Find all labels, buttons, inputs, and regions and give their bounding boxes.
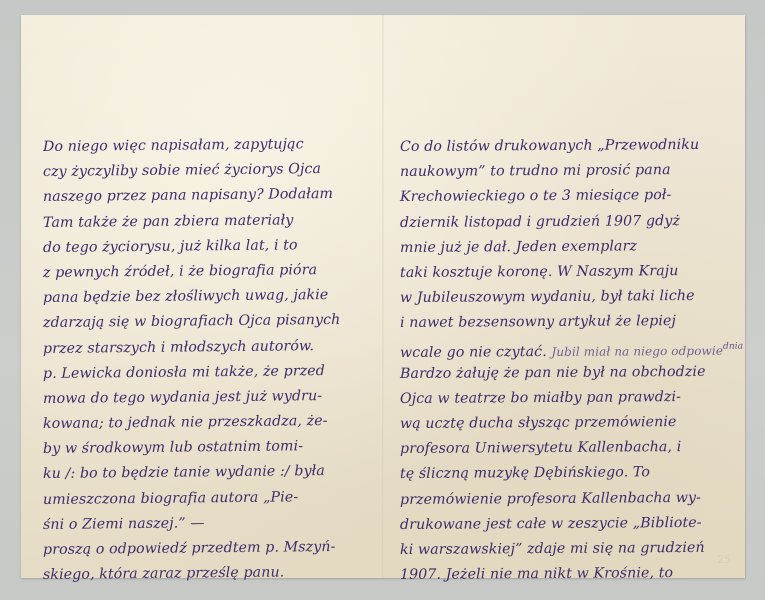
insert-superscript: dnia: [723, 341, 743, 351]
handwritten-line: Tam także że pan zbiera materiały: [43, 207, 379, 236]
handwritten-text: wcale go nie czytać.: [400, 343, 547, 360]
handwritten-line: drukowane jest całe w zeszycie „Bibliote…: [400, 510, 742, 538]
handwritten-line: przez starszych i młodszych autorów.: [43, 333, 379, 362]
handwritten-line: Co do listów drukowanych „Przewodniku: [400, 133, 742, 161]
handwritten-line: wą ucztę ducha słysząc przemówienie: [400, 410, 742, 438]
right-page-text: Co do listów drukowanych „Przewodniku na…: [400, 135, 742, 588]
handwritten-line: Krechowieckiego o te 3 miesiące poł-: [400, 183, 742, 211]
handwritten-line: w Jubileuszowym wydaniu, był taki liche: [400, 284, 742, 312]
handwritten-line: tę śliczną muzykę Dębińskiego. To: [400, 460, 742, 488]
handwritten-line: Do niego więc napisałam, zapytując: [43, 131, 379, 160]
handwritten-line: śni o Ziemi naszej.” —: [43, 509, 379, 538]
handwritten-line: naszego przez pana napisany? Dodałam: [43, 182, 379, 211]
handwritten-line: zdarzają się w biografiach Ojca pisanych: [43, 308, 379, 337]
handwritten-line: Bardzo żałuję że pan nie był na obchodzi…: [400, 359, 742, 387]
handwritten-line: proszą o odpowiedź przedtem p. Mszyń-: [43, 534, 379, 563]
letter-sheet: Do niego więc napisałam, zapytując czy ż…: [21, 15, 745, 578]
handwritten-line: kowana; to jednak nie przeszkadza, że-: [43, 409, 379, 438]
handwritten-line: Ojca w teatrze bo miałby pan prawdzi-: [400, 384, 742, 412]
handwritten-line: do tego życiorysu, już kilka lat, i to: [43, 232, 379, 261]
handwritten-line: z pewnych źródeł, i że biografia pióra: [43, 257, 379, 286]
interlinear-insert: Jubil miał na niego odpowie: [551, 343, 723, 358]
handwritten-line: skiego, która zaraz prześlę panu.: [43, 560, 379, 589]
handwritten-line-with-insert: wcale go nie czytać. Jubil miał na niego…: [400, 334, 742, 362]
handwritten-line: mnie już je dał. Jeden exemplarz: [400, 233, 742, 261]
left-page-text: Do niego więc napisałam, zapytując czy ż…: [43, 135, 379, 588]
handwritten-line: ku /: bo to będzie tanie wydanie :/ była: [43, 459, 379, 488]
handwritten-line: taki kosztuje koronę. W Naszym Kraju: [400, 259, 742, 287]
handwritten-line: i nawet bezsensowny artykuł że lepiej: [400, 309, 742, 337]
handwritten-line: mowa do tego wydania jest już wydru-: [43, 383, 379, 412]
handwritten-line: ki warszawskiej” zdaje mi się na grudzie…: [400, 536, 742, 564]
right-page: Co do listów drukowanych „Przewodniku na…: [384, 15, 745, 578]
folio-number: 25: [717, 553, 731, 566]
handwritten-line: naukowym” to trudno mi prosić pana: [400, 158, 742, 186]
handwritten-line: profesora Uniwersytetu Kallenbacha, i: [400, 435, 742, 463]
handwritten-line: p. Lewicka doniosła mi także, że przed: [43, 358, 379, 387]
handwritten-line: umieszczona biografia autora „Pie-: [43, 484, 379, 513]
handwritten-line: 1907. Jeżeli nie ma nikt w Krośnie, to: [400, 561, 742, 589]
handwritten-line: dziernik listopad i grudzień 1907 gdyż: [400, 208, 742, 236]
handwritten-line: przemówienie profesora Kallenbacha wy-: [400, 485, 742, 513]
scan-background: Do niego więc napisałam, zapytując czy ż…: [0, 0, 765, 600]
left-page: Do niego więc napisałam, zapytując czy ż…: [21, 15, 382, 578]
